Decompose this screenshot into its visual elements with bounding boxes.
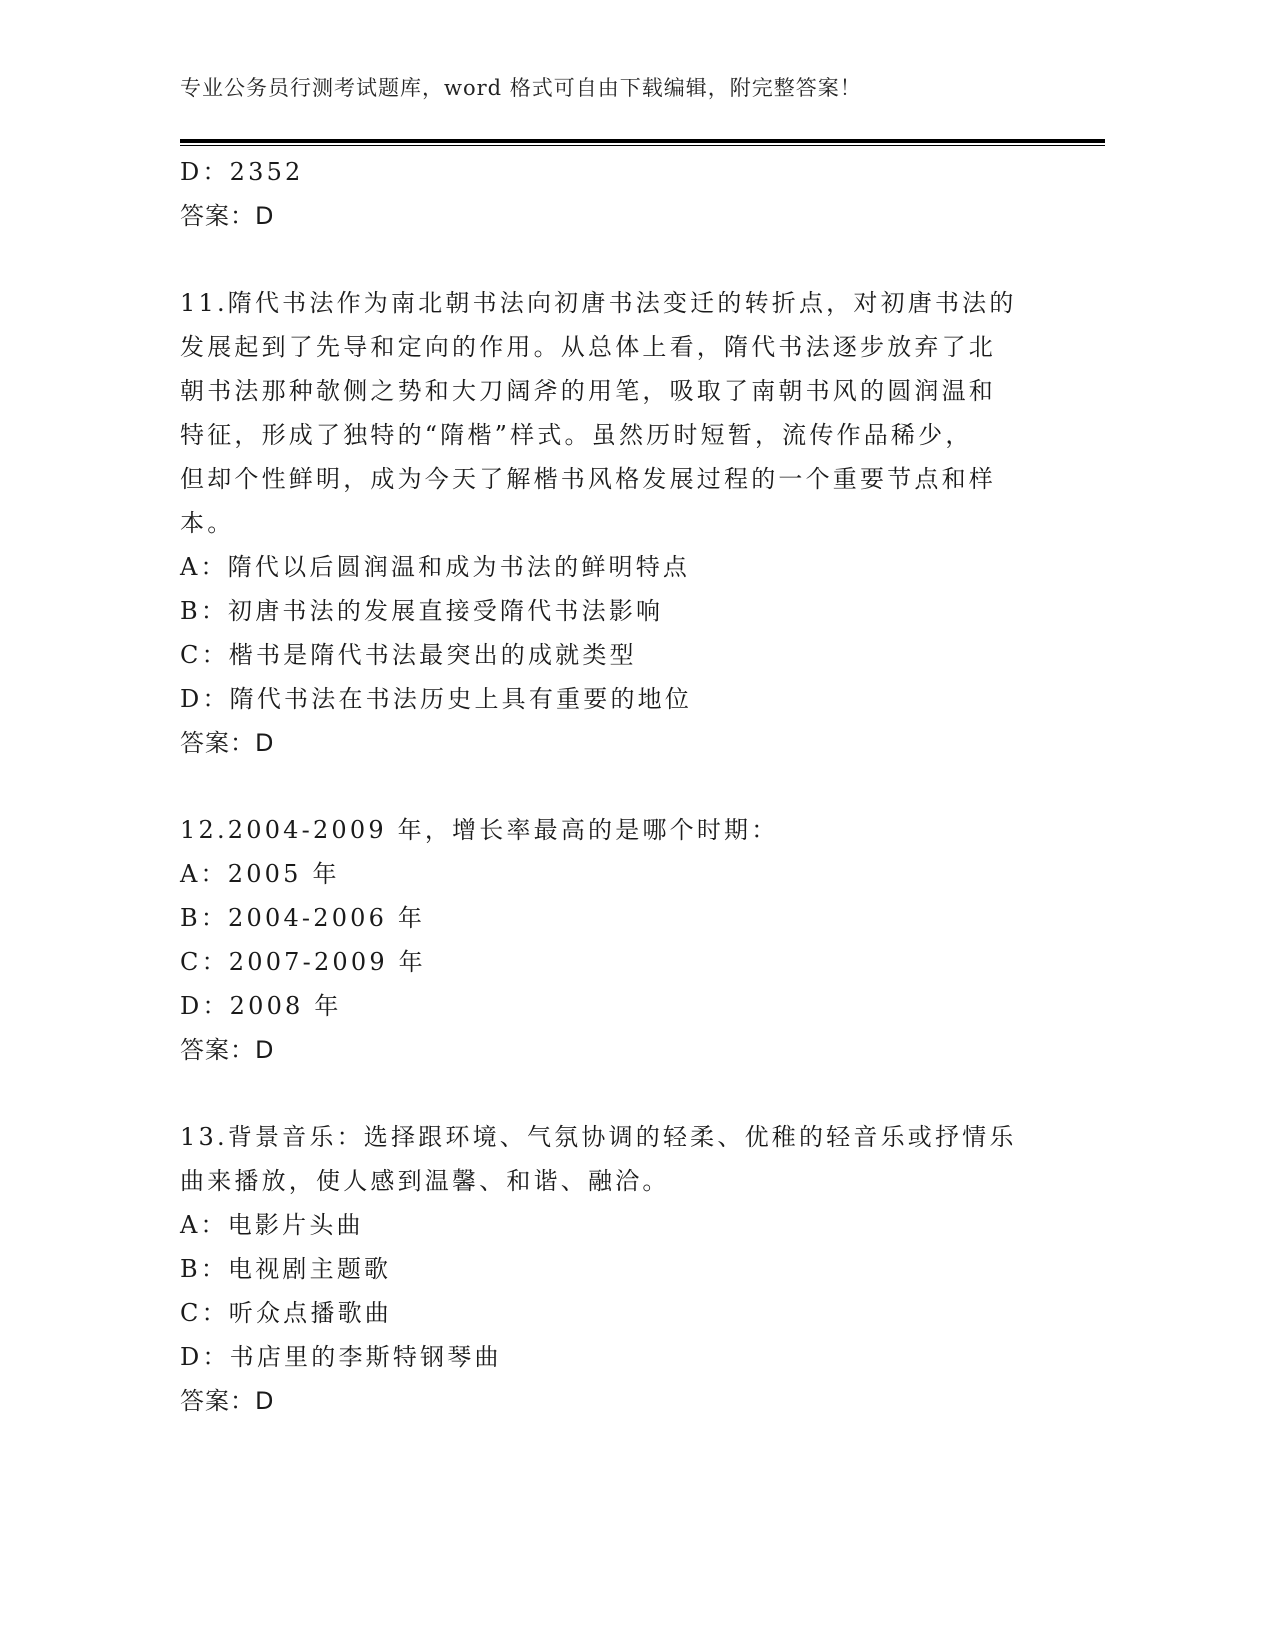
question-stem-line: 特征，形成了独特的“隋楷”样式。虽然历时短暂，流传作品稀少， [180, 413, 1040, 457]
option-c: C：听众点播歌曲 [180, 1291, 1040, 1335]
answer: 答案：D [180, 194, 1040, 238]
answer: 答案：D [180, 721, 1040, 765]
option-b: B：2004-2006 年 [180, 896, 1040, 940]
header-divider [180, 139, 1105, 146]
question-11: 11.隋代书法作为南北朝书法向初唐书法变迁的转折点，对初唐书法的 发展起到了先导… [180, 281, 1040, 765]
question-stem-line: 13.背景音乐：选择跟环境、气氛协调的轻柔、优稚的轻音乐或抒情乐 [180, 1115, 1040, 1159]
option-a: A：电影片头曲 [180, 1203, 1040, 1247]
document-body: D：2352 答案：D 11.隋代书法作为南北朝书法向初唐书法变迁的转折点，对初… [180, 150, 1040, 1423]
option-c: C：2007-2009 年 [180, 940, 1040, 984]
question-stem-line: 曲来播放，使人感到温馨、和谐、融洽。 [180, 1159, 1040, 1203]
divider-thick [180, 139, 1105, 143]
option-d: D：隋代书法在书法历史上具有重要的地位 [180, 677, 1040, 721]
option-b: B：电视剧主题歌 [180, 1247, 1040, 1291]
option-d: D：书店里的李斯特钢琴曲 [180, 1335, 1040, 1379]
option-b: B：初唐书法的发展直接受隋代书法影响 [180, 589, 1040, 633]
question-stem-line: 但却个性鲜明，成为今天了解楷书风格发展过程的一个重要节点和样 [180, 457, 1040, 501]
divider-thin [180, 145, 1105, 146]
option-d: D：2352 [180, 150, 1040, 194]
question-stem-line: 12.2004-2009 年，增长率最高的是哪个时期： [180, 808, 1040, 852]
question-stem-line: 朝书法那种欹侧之势和大刀阔斧的用笔，吸取了南朝书风的圆润温和 [180, 369, 1040, 413]
option-d: D：2008 年 [180, 984, 1040, 1028]
answer: 答案：D [180, 1028, 1040, 1072]
option-a: A：隋代以后圆润温和成为书法的鲜明特点 [180, 545, 1040, 589]
page-header: 专业公务员行测考试题库，word 格式可自由下载编辑，附完整答案！ [180, 72, 862, 102]
question-stem-line: 11.隋代书法作为南北朝书法向初唐书法变迁的转折点，对初唐书法的 [180, 281, 1040, 325]
answer: 答案：D [180, 1379, 1040, 1423]
question-stem-line: 发展起到了先导和定向的作用。从总体上看，隋代书法逐步放弃了北 [180, 325, 1040, 369]
option-c: C：楷书是隋代书法最突出的成就类型 [180, 633, 1040, 677]
option-a: A：2005 年 [180, 852, 1040, 896]
question-stem-line: 本。 [180, 501, 1040, 545]
question-13: 13.背景音乐：选择跟环境、气氛协调的轻柔、优稚的轻音乐或抒情乐 曲来播放，使人… [180, 1115, 1040, 1423]
question-12: 12.2004-2009 年，增长率最高的是哪个时期： A：2005 年 B：2… [180, 808, 1040, 1072]
